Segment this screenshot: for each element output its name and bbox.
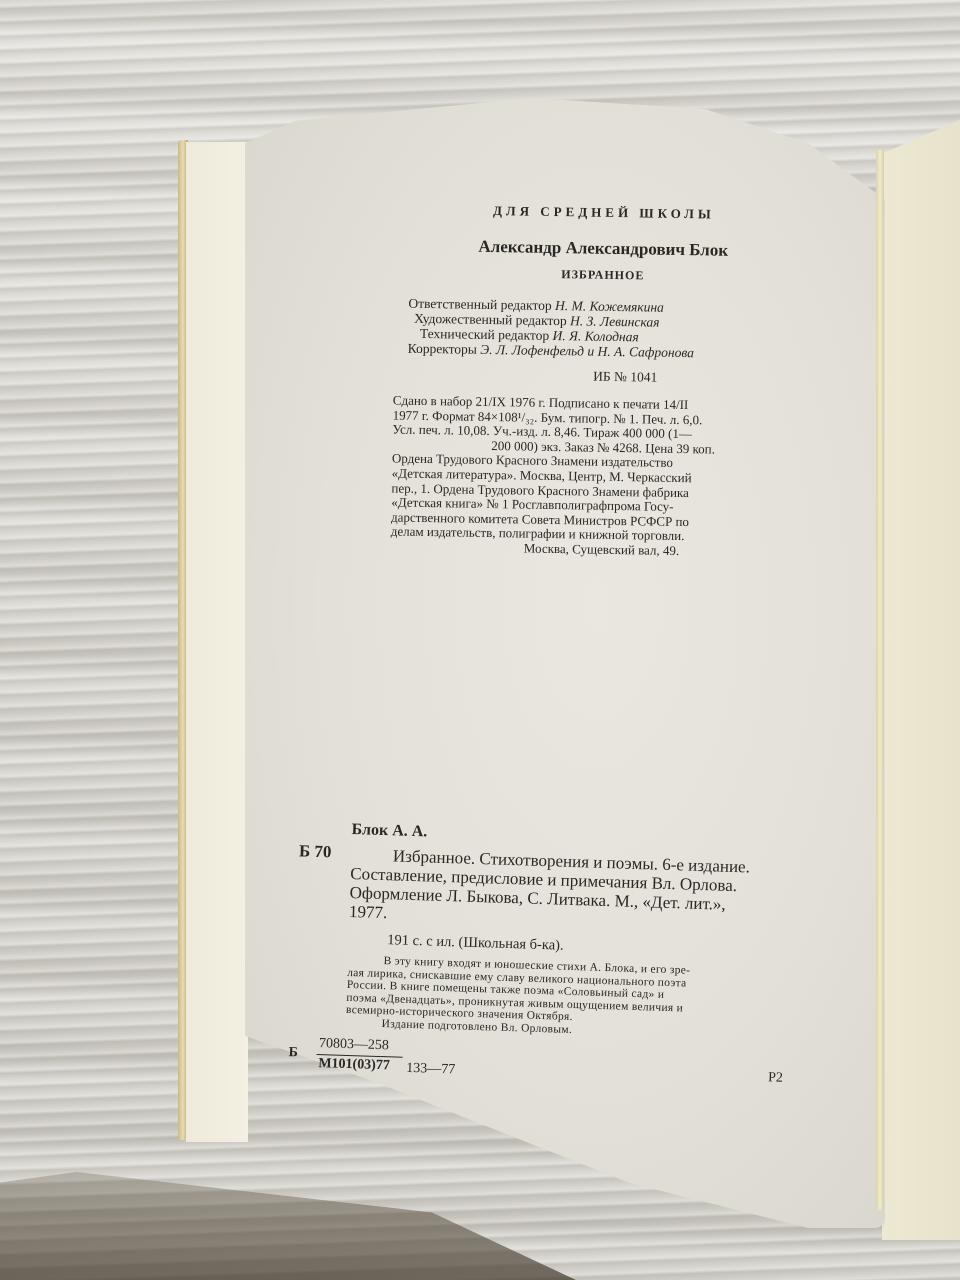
bbk-numerator: 70803—258 <box>319 1036 389 1054</box>
catalog-description: Избранное. Стихотворения и поэмы. 6-е из… <box>349 845 845 936</box>
bbk-suffix: 133—77 <box>406 1061 455 1079</box>
bbk-letter: Б <box>288 1045 298 1061</box>
author-name: Александр Александрович Блок <box>347 235 859 263</box>
book-spine <box>876 150 884 1210</box>
catalog-card: Блок А. А. Б 70 Избранное. Стихотворения… <box>248 818 846 1092</box>
flyleaf-page <box>186 142 248 1142</box>
ib-number: ИБ № 1041 <box>393 365 857 388</box>
credit-name: Н. З. Левинская <box>570 313 660 329</box>
imprint-details: Сдано в набор 21/IX 1976 г. Подписано к … <box>390 393 814 560</box>
imprint-text-block: ДЛЯ СРЕДНЕЙ ШКОЛЫ Александр Александрови… <box>294 200 859 561</box>
catalog-code: Б 70 <box>299 841 332 862</box>
credits-list: Ответственный редактор Н. М. Кожемякина … <box>408 296 859 363</box>
catalog-abstract: В эту книгу входят и юношеские стихи А. … <box>345 954 841 1044</box>
credit-name: И. Я. Колодная <box>552 328 638 344</box>
credit-name: Н. М. Кожемякина <box>555 298 664 315</box>
credit-name: Э. Л. Лофенфельд и Н. А. Сафронова <box>480 342 694 360</box>
udc-code: Р2 <box>768 1070 783 1086</box>
book-title: ИЗБРАННОЕ <box>347 264 859 287</box>
bbk-denominator: М101(03)77 <box>318 1056 390 1074</box>
credit-role: Корректоры <box>408 341 477 357</box>
facing-page <box>882 120 960 1240</box>
